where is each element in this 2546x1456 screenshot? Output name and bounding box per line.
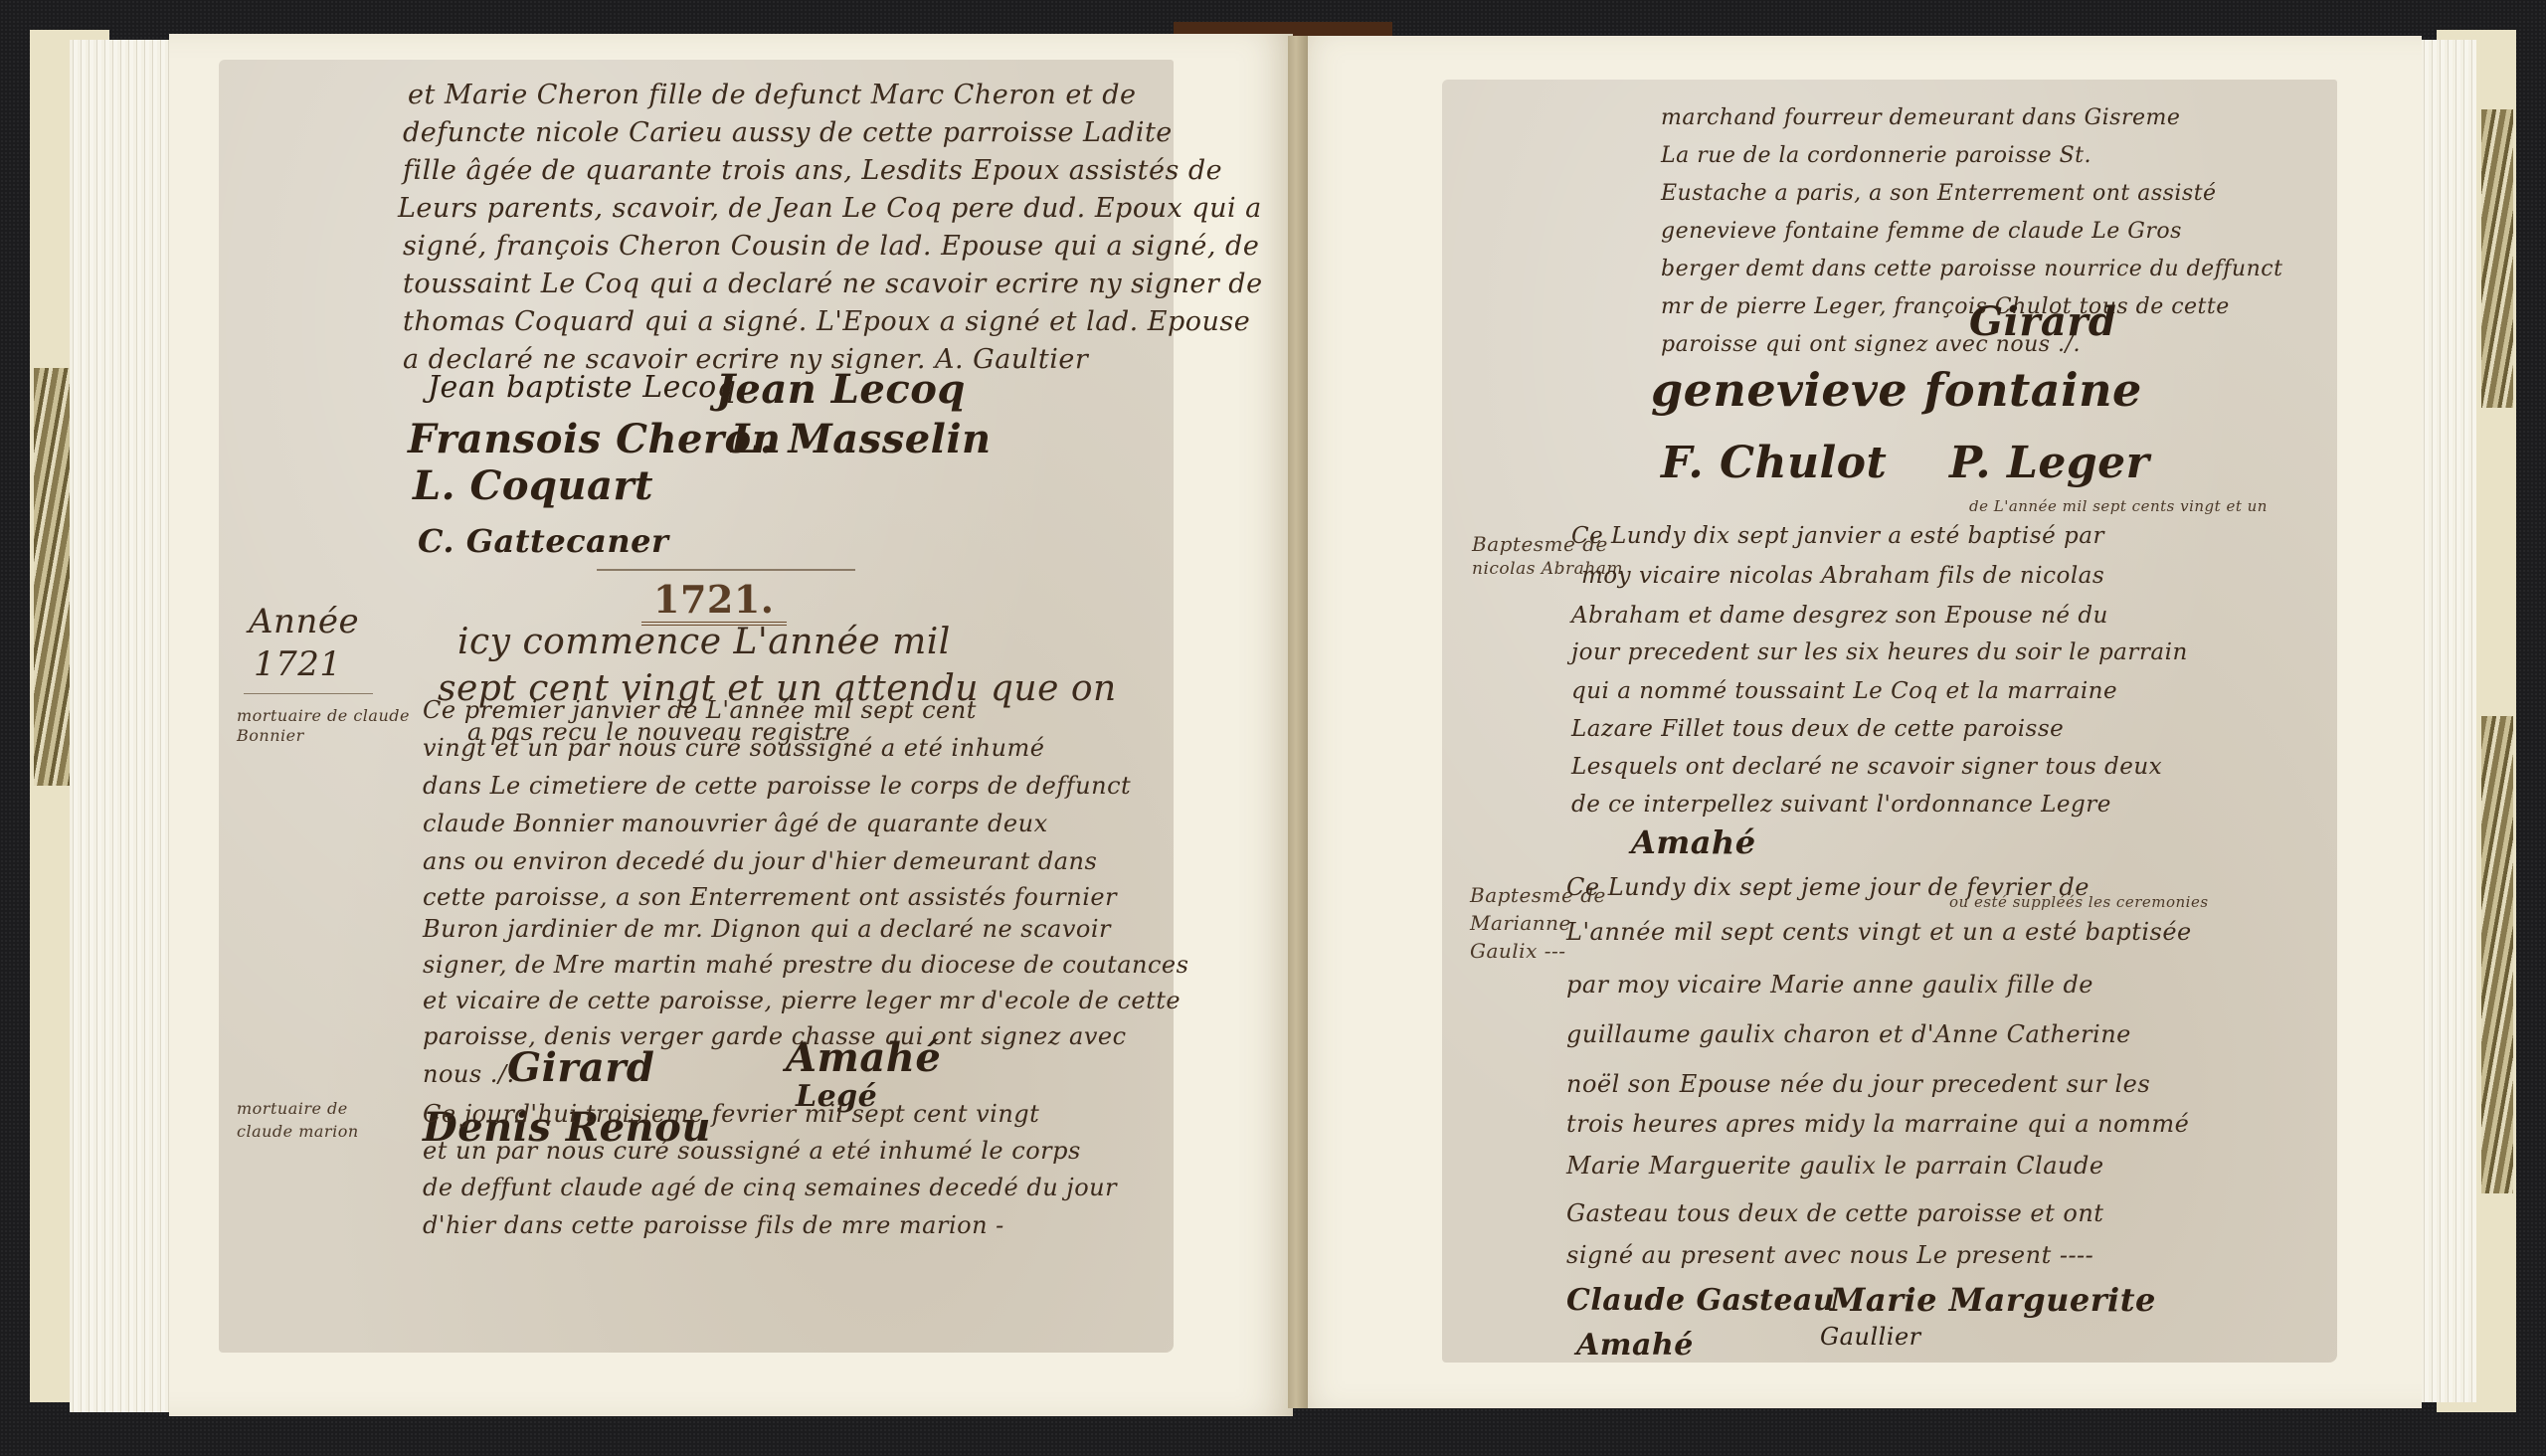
signature: L. Masselin: [731, 416, 992, 462]
year-intro-line: icy commence L'année mil: [457, 622, 951, 662]
text-line: marchand fourreur demeurant dans Gisreme: [1661, 107, 2180, 129]
text-line: Abraham et dame desgrez son Epouse né du: [1571, 605, 2108, 628]
text-line: ans ou environ decedé du jour d'hier dem…: [423, 849, 1097, 873]
text-line: berger demt dans cette paroisse nourrice…: [1661, 259, 2282, 280]
text-line: vingt et un par nous curé soussigné a et…: [423, 736, 1044, 760]
text-line: Lazare Fillet tous deux de cette paroiss…: [1571, 718, 2064, 741]
signature: Jean Lecoq: [716, 366, 966, 413]
signature: Marie Marguerite: [1830, 1281, 2156, 1319]
margin-note: claude marion: [237, 1122, 359, 1141]
signature: Girard: [1969, 298, 2116, 345]
signature: genevieve fontaine: [1651, 363, 2142, 417]
text-line: fille âgée de quarante trois ans, Lesdit…: [403, 157, 1222, 184]
text-line: Gasteau tous deux de cette paroisse et o…: [1566, 1201, 2103, 1225]
text-line: Ce jourd'hui troisieme fevrier mil sept …: [423, 1102, 1039, 1126]
text-line: et Marie Cheron fille de defunct Marc Ch…: [408, 82, 1137, 108]
signature: Claude Gasteau: [1566, 1283, 1835, 1318]
book-gutter: [1288, 36, 1308, 1408]
text-line: et un par nous curé soussigné a eté inhu…: [423, 1139, 1081, 1163]
signature: Jean baptiste Lecoq: [428, 370, 736, 405]
signature: L. Coquart: [413, 462, 653, 509]
text-line: signé, françois Cheron Cousin de lad. Ep…: [403, 233, 1259, 260]
text-line: moy vicaire nicolas Abraham fils de nico…: [1581, 565, 2104, 588]
signature: Amahé: [1631, 823, 1756, 861]
text-line: guillaume gaulix charon et d'Anne Cather…: [1566, 1022, 2131, 1046]
text-line: nous ./.: [423, 1062, 515, 1086]
text-line: par moy vicaire Marie anne gaulix fille …: [1566, 973, 2093, 997]
text-line: qui a nommé toussaint Le Coq et la marra…: [1571, 680, 2117, 703]
text-line: d'hier dans cette paroisse fils de mre m…: [423, 1213, 1004, 1237]
text-line: trois heures apres midy la marraine qui …: [1566, 1112, 2189, 1136]
margin-rule: [244, 693, 373, 694]
text-line: Leurs parents, scavoir, de Jean Le Coq p…: [398, 195, 1262, 222]
left-page-stack: [70, 40, 179, 1412]
signature: Gaullier: [1820, 1323, 1921, 1351]
text-line: genevieve fontaine femme de claude Le Gr…: [1661, 221, 2182, 243]
right-marbled-endpaper: [2481, 109, 2513, 408]
text-line: thomas Coquard qui a signé. L'Epoux a si…: [403, 308, 1250, 335]
text-line: Eustache a paris, a son Enterrement ont …: [1661, 183, 2217, 205]
margin-year-value: 1721: [254, 644, 342, 684]
year-heading: 1721.: [641, 577, 787, 626]
signature: F. Chulot: [1661, 438, 1887, 488]
margin-note: mortuaire de: [237, 1099, 348, 1118]
text-line: Ce Lundy dix sept janvier a esté baptisé…: [1571, 525, 2104, 548]
text-line: toussaint Le Coq qui a declaré ne scavoi…: [403, 271, 1263, 297]
text-line: cette paroisse, a son Enterrement ont as…: [423, 885, 1117, 909]
text-line: dans Le cimetiere de cette paroisse le c…: [423, 774, 1131, 798]
text-line: mr de pierre Leger, françois Chulot tous…: [1661, 296, 2230, 318]
signature: Girard: [507, 1044, 654, 1091]
left-marbled-endpaper: [34, 368, 70, 786]
text-line: signé au present avec nous Le present --…: [1566, 1243, 2093, 1267]
text-line: La rue de la cordonnerie paroisse St.: [1661, 145, 2091, 167]
heading-rule: [597, 569, 855, 571]
text-line: Ce premier janvier de L'année mil sept c…: [423, 698, 977, 722]
text-line: Ce Lundy dix sept jeme jour de fevrier d…: [1566, 875, 2090, 899]
text-line: defuncte nicole Carieu aussy de cette pa…: [403, 119, 1173, 146]
text-line: de deffunt claude agé de cinq semaines d…: [423, 1176, 1117, 1199]
text-line: Buron jardinier de mr. Dignon qui a decl…: [423, 917, 1111, 941]
signature: Amahé: [786, 1034, 941, 1081]
text-line: signer, de Mre martin mahé prestre du di…: [423, 953, 1188, 977]
text-line: de ce interpellez suivant l'ordonnance L…: [1571, 794, 2111, 817]
margin-year-label: Année: [249, 602, 359, 641]
margin-note: mortuaire de claude: [237, 706, 410, 725]
text-line: Marie Marguerite gaulix le parrain Claud…: [1566, 1154, 2104, 1178]
signature: Fransois Cheron: [408, 416, 781, 462]
signature: Amahé: [1576, 1328, 1694, 1363]
text-line: et vicaire de cette paroisse, pierre leg…: [423, 989, 1181, 1012]
text-line: noël son Epouse née du jour precedent su…: [1566, 1072, 2150, 1096]
text-line: jour precedent sur les six heures du soi…: [1571, 641, 2188, 664]
margin-note: Bonnier: [237, 726, 304, 745]
margin-note: Marianne: [1470, 911, 1571, 935]
text-line: L'année mil sept cents vingt et un a est…: [1566, 920, 2192, 944]
margin-note: Gaulix ---: [1470, 939, 1565, 963]
signature: C. Gattecaner: [418, 522, 668, 560]
right-marbled-endpaper-lower: [2481, 716, 2513, 1193]
interlinear-note: de L'année mil sept cents vingt et un: [1969, 497, 2268, 515]
signature: P. Leger: [1949, 438, 2149, 488]
text-line: claude Bonnier manouvrier âgé de quarant…: [423, 812, 1048, 835]
text-line: Lesquels ont declaré ne scavoir signer t…: [1571, 756, 2162, 779]
